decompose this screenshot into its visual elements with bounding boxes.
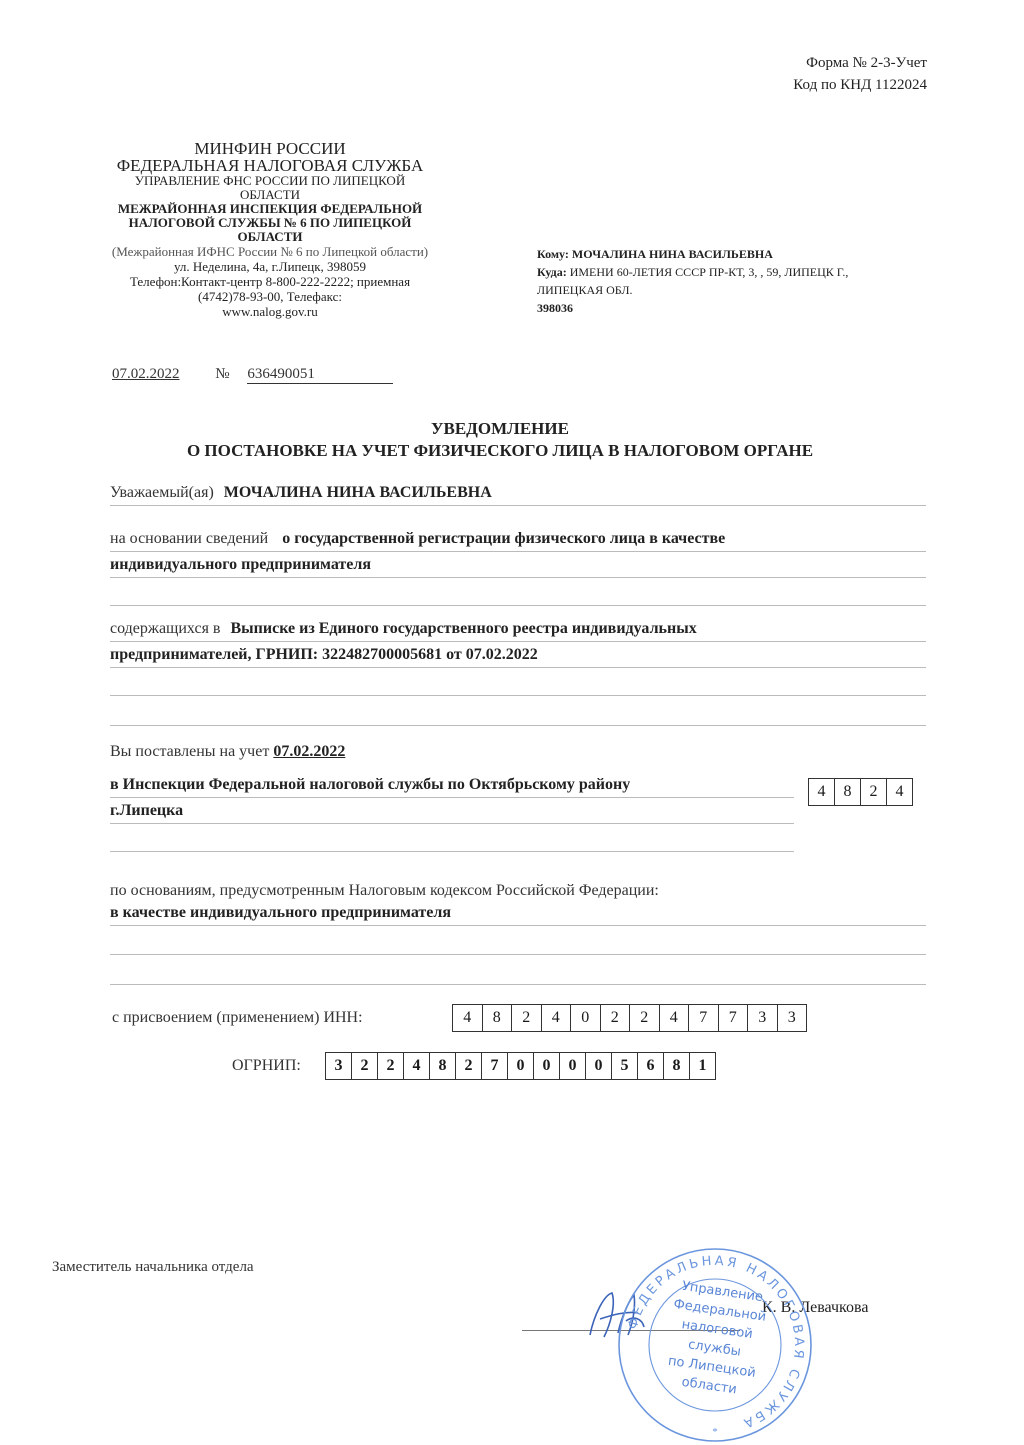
blank-line (110, 701, 926, 726)
issuer-block: МИНФИН РОССИИ ФЕДЕРАЛЬНАЯ НАЛОГОВАЯ СЛУЖ… (80, 140, 460, 319)
basis-line1: о государственной регистрации физическог… (282, 530, 725, 547)
basis-row-2: индивидуального предпринимателя (110, 553, 926, 578)
official-stamp-icon: ФЕДЕРАЛЬНАЯ НАЛОГОВАЯ СЛУЖБА УправлениеФ… (610, 1245, 820, 1445)
ogrnip-digit: 4 (404, 1053, 430, 1079)
form-code-block: Форма № 2-3-Учет Код по КНД 1122024 (793, 52, 927, 96)
document-number: 636490051 (247, 366, 393, 384)
tax-code-digit: 8 (835, 779, 861, 805)
ministry: МИНФИН РОССИИ (80, 140, 460, 157)
salutation-label: Уважаемый(ая) (110, 484, 214, 501)
issuer-phone-line2: (4742)78-93-00, Телефакс: (80, 289, 460, 304)
document-title: УВЕДОМЛЕНИЕ О ПОСТАНОВКЕ НА УЧЕТ ФИЗИЧЕС… (0, 418, 1000, 462)
issuer-address: ул. Неделина, 4а, г.Липецк, 398059 (80, 259, 460, 274)
blank-line (110, 827, 794, 852)
ogrnip-digit: 1 (690, 1053, 715, 1079)
recipient-to: Кому: МОЧАЛИНА НИНА ВАСИЛЬЕВНА (537, 245, 848, 263)
source-row-2: предпринимателей, ГРНИП: 322482700005681… (110, 643, 926, 668)
ogrnip-digit: 3 (326, 1053, 352, 1079)
grounds-label: по основаниям, предусмотренным Налоговым… (110, 882, 659, 900)
ogrnip-digit: 7 (482, 1053, 508, 1079)
inn-digit: 0 (571, 1005, 601, 1031)
inn-digit: 4 (542, 1005, 572, 1031)
inspection-line1: МЕЖРАЙОННАЯ ИНСПЕКЦИЯ ФЕДЕРАЛЬНОЙ (80, 202, 460, 216)
signer-position: Заместитель начальника отдела (52, 1259, 254, 1276)
to-label: Кому: (537, 247, 569, 261)
grounds-value: в качестве индивидуального предпринимате… (110, 904, 451, 921)
inn-digit: 2 (601, 1005, 631, 1031)
grounds-row: в качестве индивидуального предпринимате… (110, 901, 926, 926)
blank-line (110, 960, 926, 985)
ogrnip-boxes: 322482700005681 (325, 1052, 716, 1080)
ogrnip-digit: 0 (586, 1053, 612, 1079)
registered-line: Вы поставлены на учет 07.02.2022 (110, 743, 345, 761)
inspection-short-name: (Межрайонная ИФНС России № 6 по Липецкой… (80, 244, 460, 259)
inn-label: с присвоением (применением) ИНН: (112, 1009, 363, 1027)
registered-date: 07.02.2022 (273, 743, 345, 760)
number-sign: № (215, 366, 229, 382)
ogrnip-digit: 2 (456, 1053, 482, 1079)
issuer-website: www.nalog.gov.ru (80, 304, 460, 319)
ogrnip-digit: 8 (664, 1053, 690, 1079)
knd-code: Код по КНД 1122024 (793, 74, 927, 96)
issuer-phone-line1: Телефон:Контакт-центр 8-800-222-2222; пр… (80, 274, 460, 289)
document-date: 07.02.2022 (112, 366, 180, 382)
inn-digit: 8 (483, 1005, 513, 1031)
svg-text:по Липецкой: по Липецкой (667, 1354, 757, 1381)
authority-row-1: в Инспекции Федеральной налоговой службы… (110, 773, 794, 798)
tax-authority-code: 4824 (808, 778, 913, 806)
ogrnip-digit: 0 (534, 1053, 560, 1079)
ogrnip-digit: 0 (560, 1053, 586, 1079)
inn-digit: 3 (748, 1005, 778, 1031)
blank-line (110, 581, 926, 606)
inspection-line3: ОБЛАСТИ (80, 230, 460, 244)
inn-digit: 7 (719, 1005, 749, 1031)
source-line2: предпринимателей, ГРНИП: 322482700005681… (110, 646, 538, 663)
source-label: содержащихся в (110, 620, 220, 637)
source-row-1: содержащихся в Выписке из Единого госуда… (110, 617, 926, 642)
inn-digit: 7 (689, 1005, 719, 1031)
inn-digit: 4 (453, 1005, 483, 1031)
salutation-row: Уважаемый(ая) МОЧАЛИНА НИНА ВАСИЛЬЕВНА (110, 481, 926, 506)
authority-line2: г.Липецка (110, 802, 183, 819)
inn-boxes: 482402247733 (452, 1004, 807, 1032)
ogrnip-label: ОГРНИП: (232, 1057, 301, 1075)
basis-label: на основании сведений (110, 530, 268, 547)
service-name: ФЕДЕРАЛЬНАЯ НАЛОГОВАЯ СЛУЖБА (80, 157, 460, 174)
inspection-line2: НАЛОГОВОЙ СЛУЖБЫ № 6 ПО ЛИПЕЦКОЙ (80, 216, 460, 230)
ogrnip-digit: 2 (378, 1053, 404, 1079)
salutation-value: МОЧАЛИНА НИНА ВАСИЛЬЕВНА (224, 484, 492, 501)
address-line2: ЛИПЕЦКАЯ ОБЛ. (537, 281, 848, 299)
recipient-block: Кому: МОЧАЛИНА НИНА ВАСИЛЬЕВНА Куда: ИМЕ… (537, 245, 848, 317)
authority-line1: в Инспекции Федеральной налоговой службы… (110, 776, 630, 793)
source-line1: Выписке из Единого государственного реес… (230, 620, 696, 637)
blank-line (110, 671, 926, 696)
address-label: Куда: (537, 265, 567, 279)
svg-text:области: области (681, 1375, 738, 1398)
postal-code: 398036 (537, 301, 573, 315)
inn-digit: 2 (630, 1005, 660, 1031)
ogrnip-digit: 2 (352, 1053, 378, 1079)
form-number: Форма № 2-3-Учет (793, 52, 927, 74)
ogrnip-digit: 5 (612, 1053, 638, 1079)
tax-code-digit: 4 (809, 779, 835, 805)
ogrnip-digit: 0 (508, 1053, 534, 1079)
svg-text:*: * (712, 1426, 718, 1438)
tax-code-digit: 2 (861, 779, 887, 805)
basis-row-1: на основании сведений о государственной … (110, 527, 926, 552)
recipient-address: Куда: ИМЕНИ 60-ЛЕТИЯ СССР ПР-КТ, 3, , 59… (537, 263, 848, 281)
to-value: МОЧАЛИНА НИНА ВАСИЛЬЕВНА (572, 247, 773, 261)
inn-digit: 3 (778, 1005, 807, 1031)
basis-line2: индивидуального предпринимателя (110, 556, 371, 573)
authority-row-2: г.Липецка (110, 799, 794, 824)
inn-digit: 2 (512, 1005, 542, 1031)
svg-text:службы: службы (687, 1337, 742, 1359)
inn-digit: 4 (660, 1005, 690, 1031)
title-line2: О ПОСТАНОВКЕ НА УЧЕТ ФИЗИЧЕСКОГО ЛИЦА В … (0, 440, 1000, 462)
address-line1: ИМЕНИ 60-ЛЕТИЯ СССР ПР-КТ, 3, , 59, ЛИПЕ… (570, 265, 849, 279)
department-line1: УПРАВЛЕНИЕ ФНС РОССИИ ПО ЛИПЕЦКОЙ (80, 174, 460, 188)
tax-code-digit: 4 (887, 779, 912, 805)
title-line1: УВЕДОМЛЕНИЕ (0, 418, 1000, 440)
ogrnip-digit: 8 (430, 1053, 456, 1079)
ogrnip-digit: 6 (638, 1053, 664, 1079)
department-line2: ОБЛАСТИ (80, 188, 460, 202)
document-number-line: 07.02.2022 № 636490051 (112, 366, 393, 384)
blank-line (110, 930, 926, 955)
registered-label: Вы поставлены на учет (110, 743, 269, 760)
